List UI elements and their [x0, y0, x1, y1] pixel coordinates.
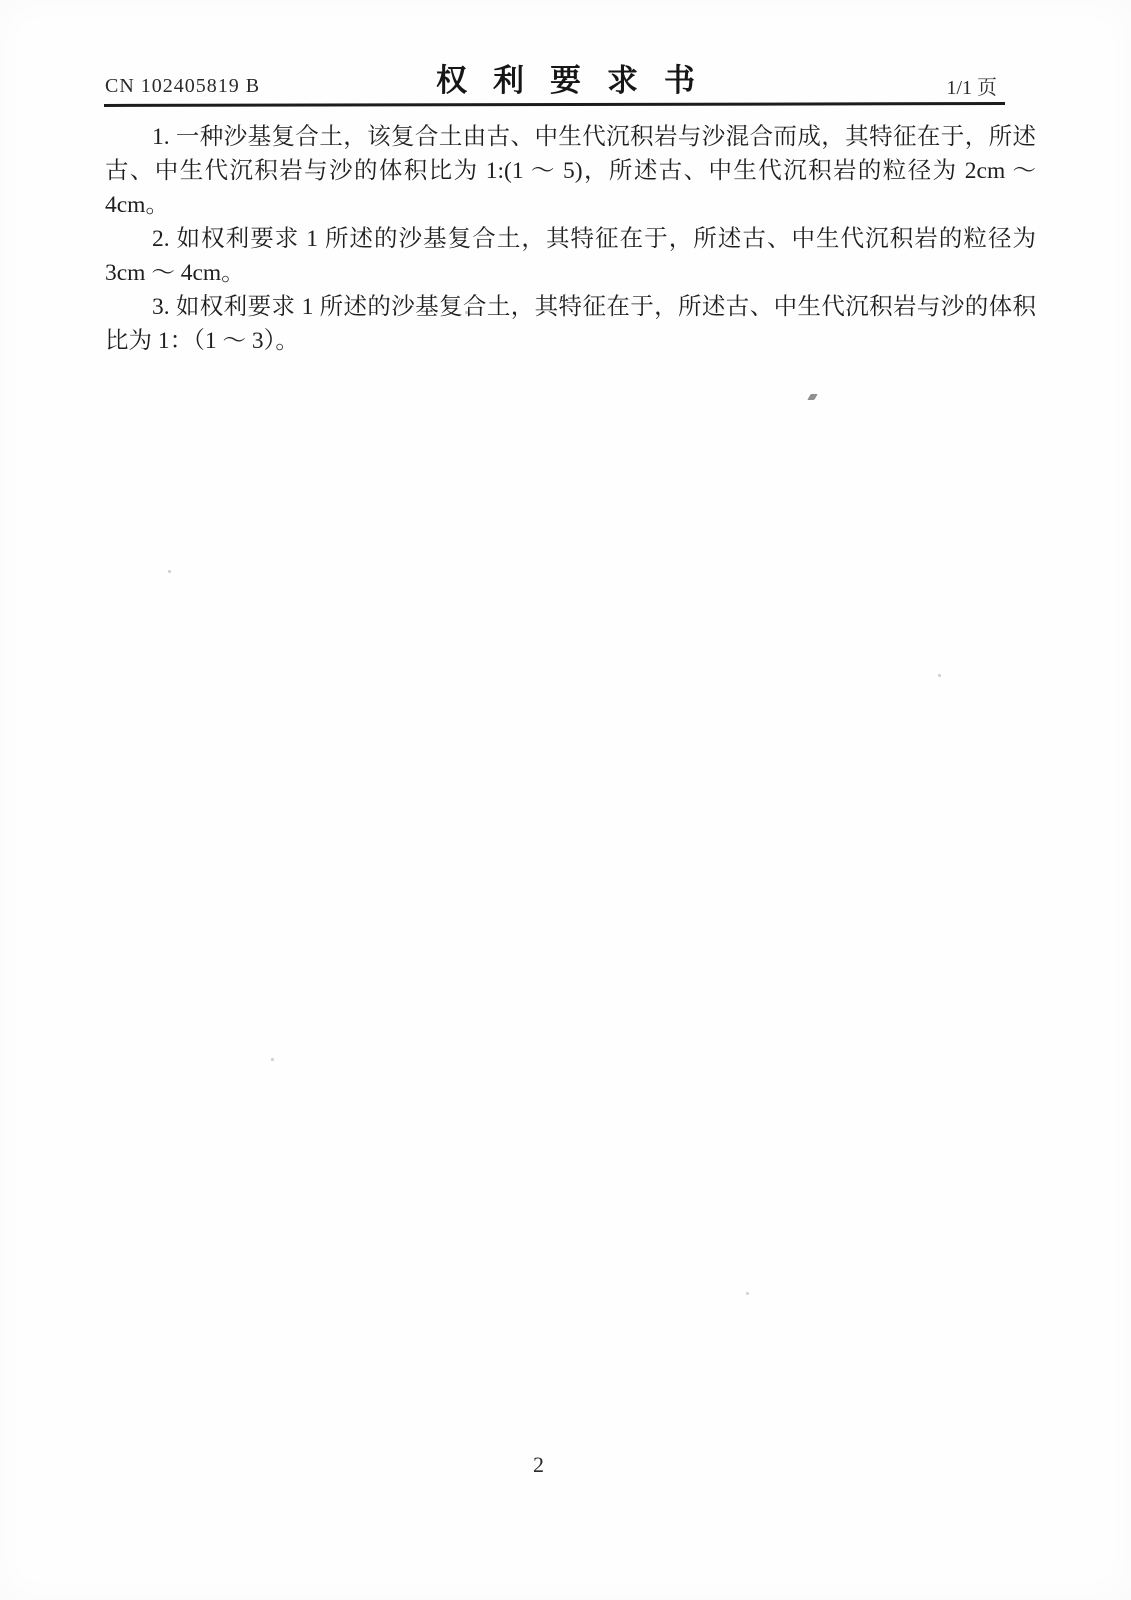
page-indicator: 1/1 页	[946, 71, 997, 100]
page-header: CN 102405819 B 权利要求书 1/1 页	[0, 0, 1131, 104]
claim-2: 2. 如权利要求 1 所述的沙基复合土，其特征在于，所述古、中生代沉积岩的粒径为…	[105, 222, 1036, 290]
header-divider	[104, 102, 1005, 107]
scan-speck	[938, 674, 941, 677]
scan-speck	[465, 311, 468, 314]
claim-3: 3. 如权利要求 1 所述的沙基复合土，其特征在于，所述古、中生代沉积岩与沙的体…	[105, 290, 1036, 358]
scan-speck	[271, 1058, 274, 1061]
document-title: 权利要求书	[410, 55, 721, 100]
scan-speck	[168, 570, 171, 573]
scan-speck	[807, 394, 817, 400]
page-number: 2	[533, 1452, 544, 1477]
document-number: CN 102405819 B	[105, 75, 260, 98]
claims-body: 1. 一种沙基复合土，该复合土由古、中生代沉积岩与沙混合而成，其特征在于，所述古…	[105, 120, 1036, 358]
page-footer: 2	[0, 1452, 1077, 1478]
scan-speck	[746, 1292, 749, 1295]
patent-claims-page: CN 102405819 B 权利要求书 1/1 页 1. 一种沙基复合土，该复…	[0, 0, 1131, 1600]
claim-1: 1. 一种沙基复合土，该复合土由古、中生代沉积岩与沙混合而成，其特征在于，所述古…	[105, 120, 1036, 222]
